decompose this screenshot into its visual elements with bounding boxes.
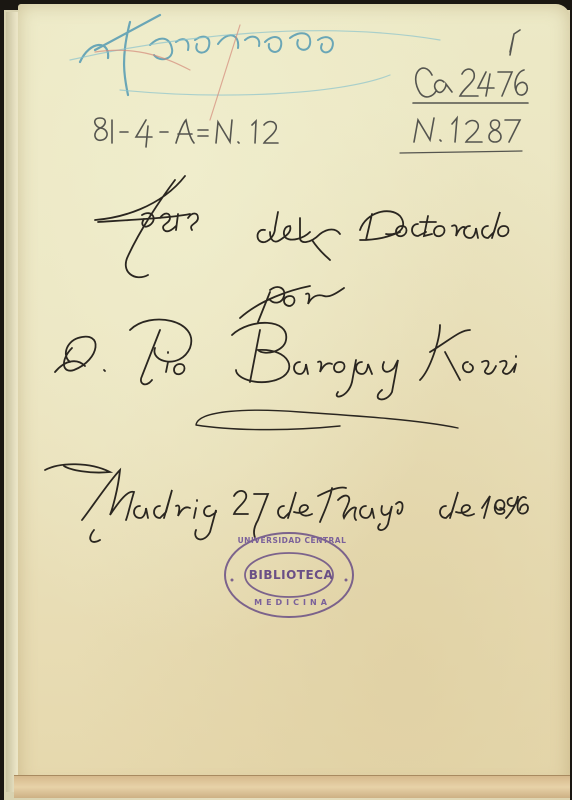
handwriting-layer bbox=[0, 0, 572, 800]
stamp-bottom-text: MEDICINA bbox=[245, 598, 340, 607]
dateline-ink bbox=[45, 464, 528, 542]
approval-pencil-note bbox=[70, 15, 440, 120]
stamp-center-text: BIBLIOTECA bbox=[246, 568, 336, 582]
title-ink bbox=[55, 176, 516, 430]
stamp-top-text: UNIVERSIDAD CENTRAL bbox=[232, 536, 352, 545]
